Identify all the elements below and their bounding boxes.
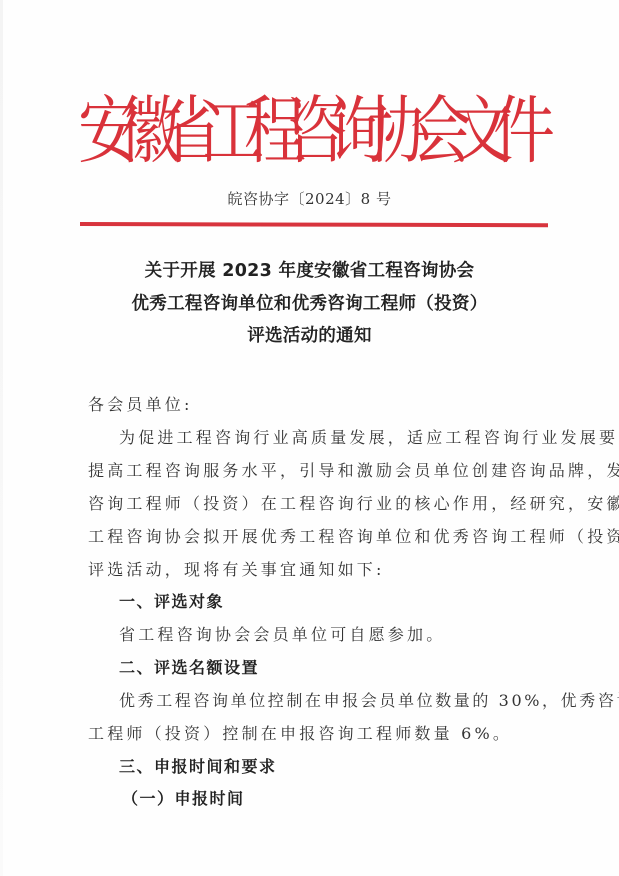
letterhead-title: 安徽省工程咨询协会文件 (78, 78, 550, 184)
section-2-heading: 二、评选名额设置 (119, 655, 259, 678)
notice-title-line-3: 评选活动的通知 (0, 322, 619, 347)
intro-line-1: 为促进工程咨询行业高质量发展，适应工程咨询行业发展要求， (119, 425, 619, 448)
notice-title-line-2: 优秀工程咨询单位和优秀咨询工程师（投资） (0, 290, 619, 315)
section-1-line-1: 省工程咨询协会会员单位可自愿参加。 (119, 622, 445, 645)
salutation: 各会员单位: (88, 392, 193, 415)
section-1-heading: 一、评选对象 (119, 589, 224, 612)
section-2-line-1: 优秀工程咨询单位控制在申报会员单位数量的 30%，优秀咨询 (119, 688, 619, 711)
scan-edge-shadow (0, 0, 3, 876)
intro-line-4: 工程咨询协会拟开展优秀工程咨询单位和优秀咨询工程师（投资） (88, 524, 619, 547)
notice-title-line-1: 关于开展 2023 年度安徽省工程咨询协会 (0, 257, 619, 282)
intro-line-3: 咨询工程师（投资）在工程咨询行业的核心作用，经研究，安徽省 (88, 491, 619, 514)
section-2-line-2: 工程师（投资）控制在申报咨询工程师数量 6%。 (88, 721, 512, 744)
red-divider-rule (80, 222, 548, 227)
intro-line-5: 评选活动，现将有关事宜通知如下: (88, 557, 385, 580)
document-number: 皖咨协字〔2024〕8 号 (0, 188, 619, 209)
intro-line-2: 提高工程咨询服务水平，引导和激励会员单位创建咨询品牌，发挥 (88, 458, 619, 481)
section-3-subheading: （一）申报时间 (122, 786, 245, 809)
document-page: 安徽省工程咨询协会文件 皖咨协字〔2024〕8 号 关于开展 2023 年度安徽… (0, 0, 619, 876)
section-3-heading: 三、申报时间和要求 (119, 754, 277, 777)
